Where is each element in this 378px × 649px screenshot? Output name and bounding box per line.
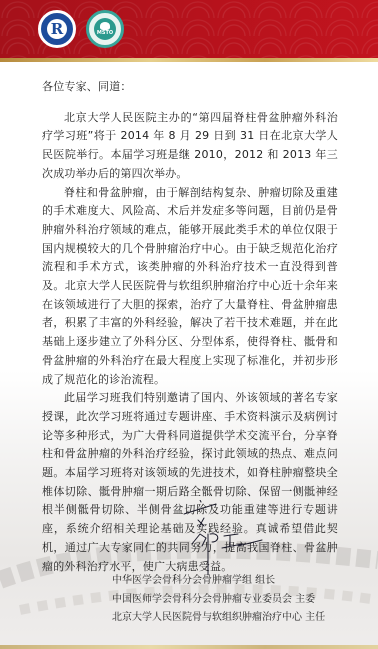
paragraph-background: 脊柱和骨盆肿瘤，由于解剖结构复杂、肿瘤切除及重建的手术难度大、风险高、术后并发症… (42, 184, 338, 390)
title-line: 北京大学人民医院骨与软组织肿瘤治疗中心 主任 (112, 609, 325, 628)
hospital-logo-icon: R (38, 10, 76, 48)
paragraph-intro: 北京大学人民医院主办的“第四届脊柱骨盆肿瘤外科治疗学习班”将于 2014 年 8… (42, 109, 338, 184)
msto-logo-icon: MSTO (86, 10, 124, 48)
signature-titles: 中华医学会骨科分会骨肿瘤学组 组长 中国医师学会骨科分会骨肿瘤专业委员会 主委 … (112, 572, 325, 628)
title-line: 中国医师学会骨科分会骨肿瘤专业委员会 主委 (112, 591, 325, 610)
gold-divider (0, 58, 378, 62)
letter-page: R MSTO 各位专家、同道： 北京大学人民医院主办的“第四届脊柱骨盆肿瘤外科治… (0, 0, 378, 649)
bottom-gold-bar (0, 645, 378, 649)
header-banner: R MSTO (0, 0, 378, 58)
title-line: 中华医学会骨科分会骨肿瘤学组 组长 (112, 572, 325, 591)
greeting: 各位专家、同道： (42, 78, 338, 97)
handwritten-signature-icon (180, 500, 270, 575)
